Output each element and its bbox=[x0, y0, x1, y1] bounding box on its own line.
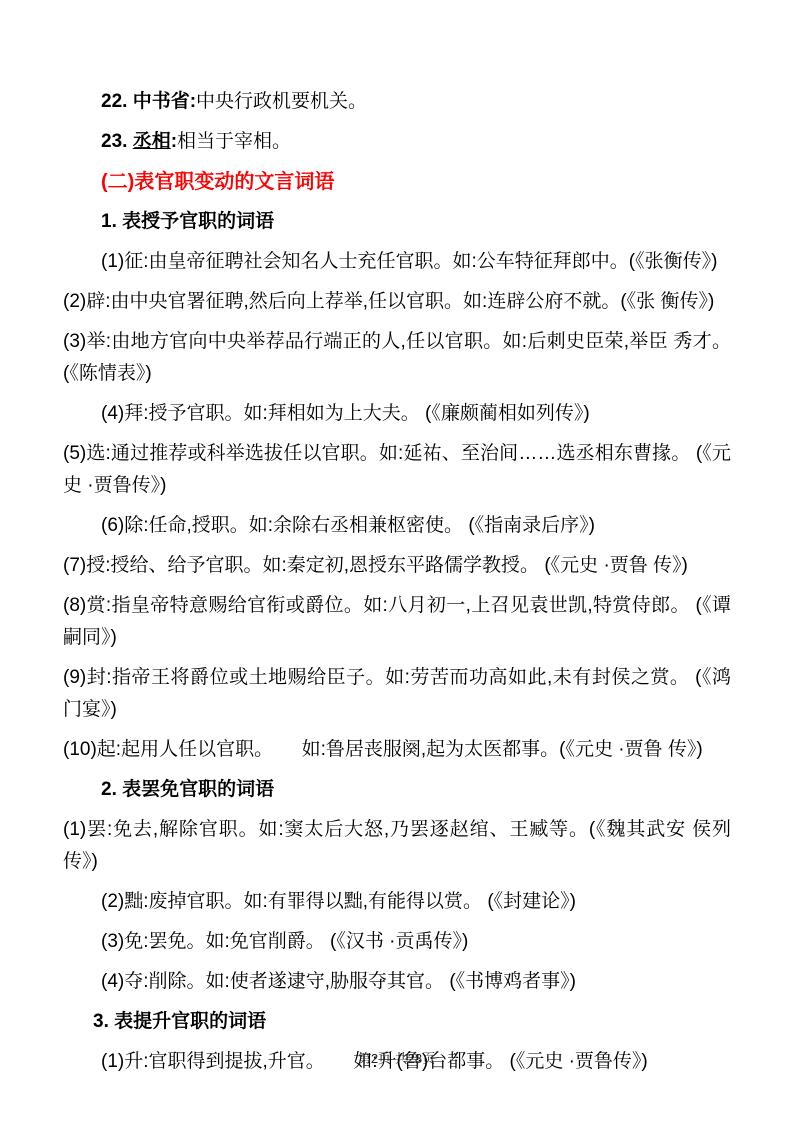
glossary-item-23-number: 23. bbox=[101, 131, 133, 152]
subsection-1-heading: 1. 表授予官职的词语 bbox=[63, 206, 731, 238]
glossary-item-22-label: 22. 中书省: bbox=[101, 91, 196, 112]
subsection-1-entry-1: (1)征:由皇帝征聘社会知名人士充任官职。如:公车特征拜郎中。(《张衡传》) bbox=[63, 246, 731, 278]
glossary-item-22-definition: 中央行政机要机关。 bbox=[196, 91, 367, 112]
subsection-1-entry-7: (7)授:授给、给予官职。如:秦定初,恩授东平路儒学教授。 (《元史 ·贾鲁 传… bbox=[63, 550, 731, 582]
page-footer: 第2页 共28页 bbox=[0, 1048, 793, 1067]
glossary-item-23: 23. 丞相:相当于宰相。 bbox=[63, 126, 731, 158]
subsection-1-entry-4: (4)拜:授予官职。如:拜相如为上大夫。 (《廉颇蔺相如列传》) bbox=[63, 398, 731, 430]
glossary-item-23-definition: 相当于宰相。 bbox=[177, 131, 291, 152]
subsection-2-entry-1: (1)罢:免去,解除官职。如:窦太后大怒,乃罢逐赵绾、王臧等。(《魏其武安 侯列… bbox=[63, 814, 731, 878]
subsection-2-entry-4: (4)夺:削除。如:使者遂逮守,胁服夺其官。 (《书博鸡者事》) bbox=[63, 966, 731, 998]
subsection-1-entry-5: (5)选:通过推荐或科举选拔任以官职。如:延祐、至治间……选丞相东曹掾。 (《元… bbox=[63, 438, 731, 502]
subsection-2-heading: 2. 表罢免官职的词语 bbox=[63, 774, 731, 806]
subsection-1-entry-3: (3)举:由地方官向中央举荐品行端正的人,任以官职。如:后刺史臣荣,举臣 秀才。… bbox=[63, 326, 731, 390]
subsection-1-entry-6: (6)除:任命,授职。如:余除右丞相兼枢密使。 (《指南录后序》) bbox=[63, 510, 731, 542]
glossary-item-22: 22. 中书省:中央行政机要机关。 bbox=[63, 86, 731, 118]
subsection-2-entry-2: (2)黜:废掉官职。如:有罪得以黜,有能得以赏。 (《封建论》) bbox=[63, 886, 731, 918]
subsection-1-entry-10: (10)起:起用人任以官职。 如:鲁居丧服阕,起为太医都事。(《元史 ·贾鲁 传… bbox=[63, 734, 731, 766]
section-heading: (二)表官职变动的文言词语 bbox=[63, 166, 731, 198]
subsection-3-heading: 3. 表提升官职的词语 bbox=[63, 1006, 731, 1038]
subsection-1-entry-8: (8)赏:指皇帝特意赐给官衔或爵位。如:八月初一,上召见袁世凯,特赏侍郎。 (《… bbox=[63, 590, 731, 654]
document-page: 22. 中书省:中央行政机要机关。 23. 丞相:相当于宰相。 (二)表官职变动… bbox=[0, 0, 793, 1122]
subsection-2-entry-3: (3)免:罢免。如:免官削爵。 (《汉书 ·贡禹传》) bbox=[63, 926, 731, 958]
subsection-1-entry-2: (2)辟:由中央官署征聘,然后向上荐举,任以官职。如:连辟公府不就。(《张 衡传… bbox=[63, 286, 731, 318]
subsection-1-entry-9: (9)封:指帝王将爵位或土地赐给臣子。如:劳苦而功高如此,未有封侯之赏。 (《鸿… bbox=[63, 662, 731, 726]
glossary-item-23-term: 丞相 bbox=[133, 131, 171, 152]
